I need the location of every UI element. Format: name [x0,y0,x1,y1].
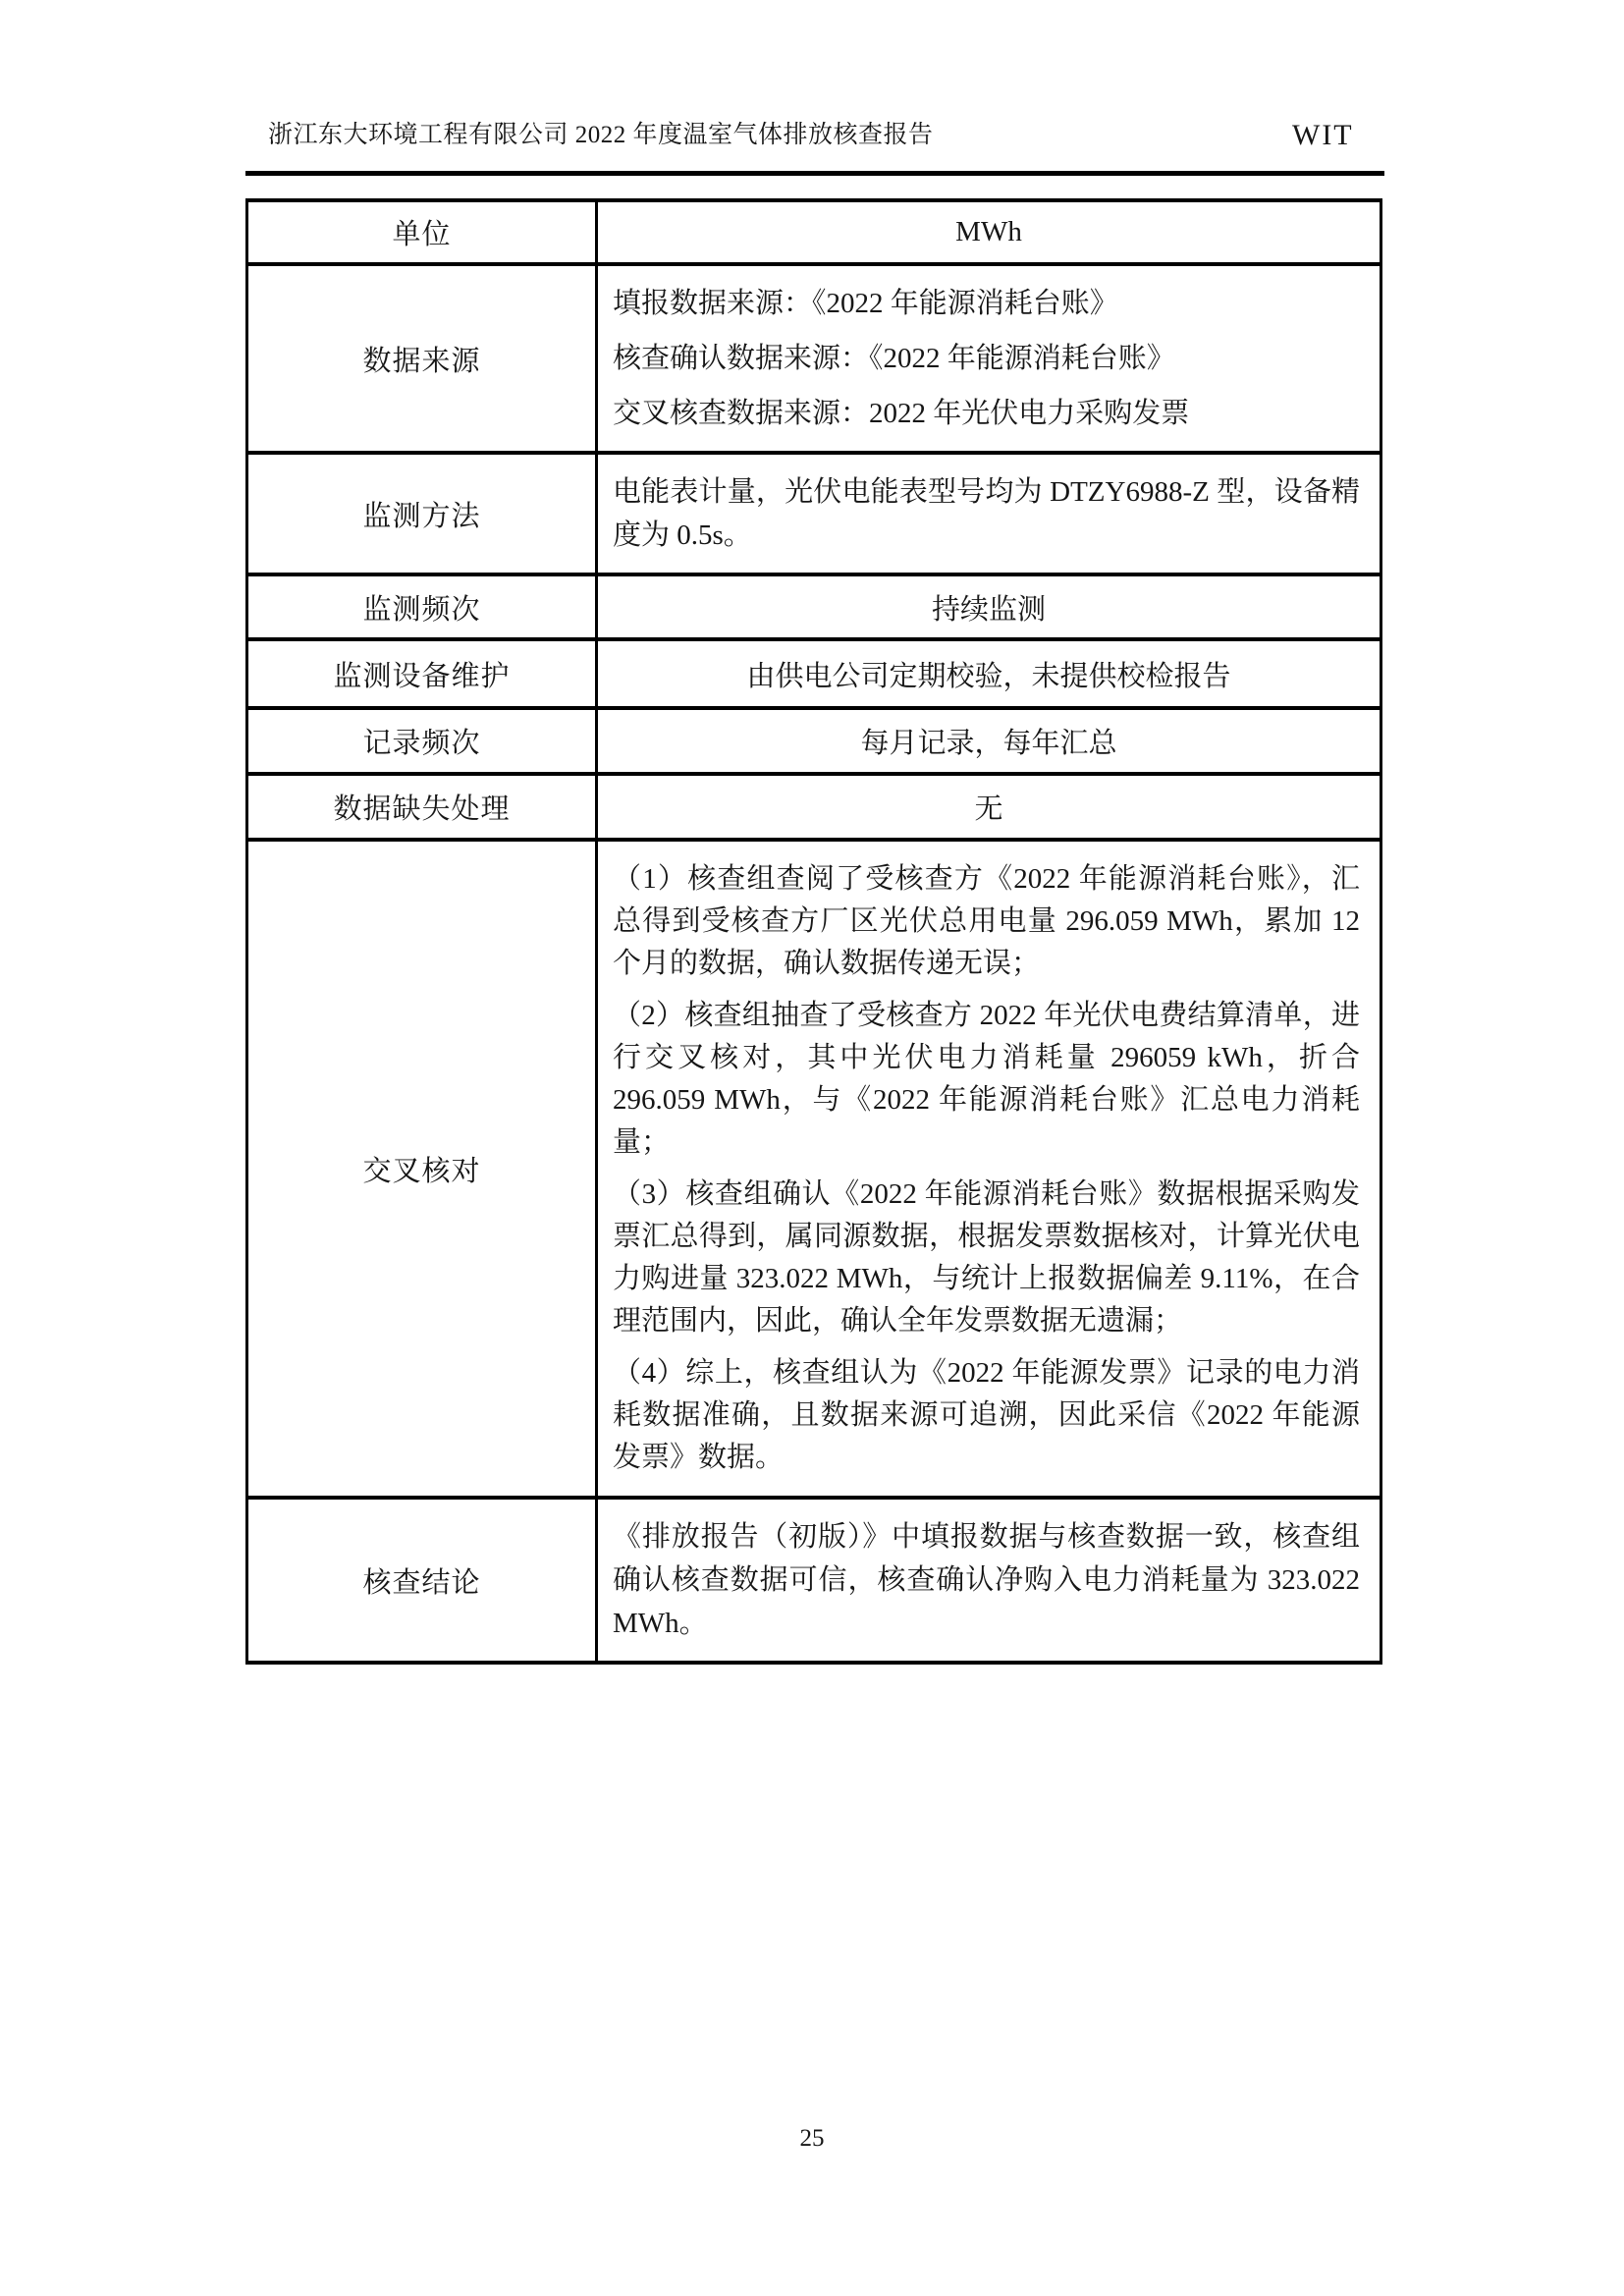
table-row-data-source: 数据来源 填报数据来源：《2022 年能源消耗台账》 核查确认数据来源：《202… [247,264,1381,453]
row-data-source-value: 填报数据来源：《2022 年能源消耗台账》 核查确认数据来源：《2022 年能源… [597,264,1381,453]
data-source-line: 交叉核查数据来源：2022 年光伏电力采购发票 [613,392,1360,435]
table-row-monitoring-method: 监测方法 电能表计量，光伏电能表型号均为 DTZY6988-Z 型，设备精度为 … [247,453,1381,574]
data-source-line: 核查确认数据来源：《2022 年能源消耗台账》 [613,337,1360,380]
header-watermark: WIT [1292,120,1354,151]
conclusion-text: 《排放报告（初版）》中填报数据与核查数据一致，核查组确认核查数据可信，核查确认净… [613,1515,1360,1645]
table-row-missing-data: 数据缺失处理 无 [247,774,1381,840]
row-unit-value: MWh [597,200,1381,264]
row-missing-data-label: 数据缺失处理 [247,774,597,840]
table-row-monitoring-frequency: 监测频次 持续监测 [247,574,1381,639]
document-page: 浙江东大环境工程有限公司 2022 年度温室气体排放核查报告 WIT 单位 MW… [0,0,1624,2296]
row-data-source-label: 数据来源 [247,264,597,453]
cross-check-paragraph: （4）综上，核查组认为《2022 年能源发票》记录的电力消耗数据准确，且数据来源… [613,1352,1360,1479]
row-conclusion-value: 《排放报告（初版）》中填报数据与核查数据一致，核查组确认核查数据可信，核查确认净… [597,1498,1381,1663]
row-cross-check-label: 交叉核对 [247,840,597,1498]
page-number: 25 [0,2125,1624,2153]
row-conclusion-label: 核查结论 [247,1498,597,1663]
row-equipment-maintenance-value: 由供电公司定期校验，未提供校检报告 [597,639,1381,708]
data-source-line: 填报数据来源：《2022 年能源消耗台账》 [613,282,1360,325]
row-record-frequency-value: 每月记录，每年汇总 [597,708,1381,774]
cross-check-paragraph: （3）核查组确认《2022 年能源消耗台账》数据根据采购发票汇总得到，属同源数据… [613,1174,1360,1342]
table-row-equipment-maintenance: 监测设备维护 由供电公司定期校验，未提供校检报告 [247,639,1381,708]
row-monitoring-method-value: 电能表计量，光伏电能表型号均为 DTZY6988-Z 型，设备精度为 0.5s。 [597,453,1381,574]
row-missing-data-value: 无 [597,774,1381,840]
cross-check-paragraph: （2）核查组抽查了受核查方 2022 年光伏电费结算清单，进行交叉核对，其中光伏… [613,995,1360,1164]
verification-table: 单位 MWh 数据来源 填报数据来源：《2022 年能源消耗台账》 核查确认数据… [245,198,1382,1665]
header-title: 浙江东大环境工程有限公司 2022 年度温室气体排放核查报告 [268,122,934,149]
row-cross-check-value: （1）核查组查阅了受核查方《2022 年能源消耗台账》，汇总得到受核查方厂区光伏… [597,840,1381,1498]
cross-check-paragraph: （1）核查组查阅了受核查方《2022 年能源消耗台账》，汇总得到受核查方厂区光伏… [613,858,1360,985]
row-unit-label: 单位 [247,200,597,264]
table-row-unit: 单位 MWh [247,200,1381,264]
row-record-frequency-label: 记录频次 [247,708,597,774]
header-rule [245,171,1384,176]
row-monitoring-frequency-value: 持续监测 [597,574,1381,639]
row-monitoring-frequency-label: 监测频次 [247,574,597,639]
table-row-record-frequency: 记录频次 每月记录，每年汇总 [247,708,1381,774]
table-row-conclusion: 核查结论 《排放报告（初版）》中填报数据与核查数据一致，核查组确认核查数据可信，… [247,1498,1381,1663]
row-equipment-maintenance-label: 监测设备维护 [247,639,597,708]
monitoring-method-text: 电能表计量，光伏电能表型号均为 DTZY6988-Z 型，设备精度为 0.5s。 [613,470,1360,557]
table-row-cross-check: 交叉核对 （1）核查组查阅了受核查方《2022 年能源消耗台账》，汇总得到受核查… [247,840,1381,1498]
row-monitoring-method-label: 监测方法 [247,453,597,574]
